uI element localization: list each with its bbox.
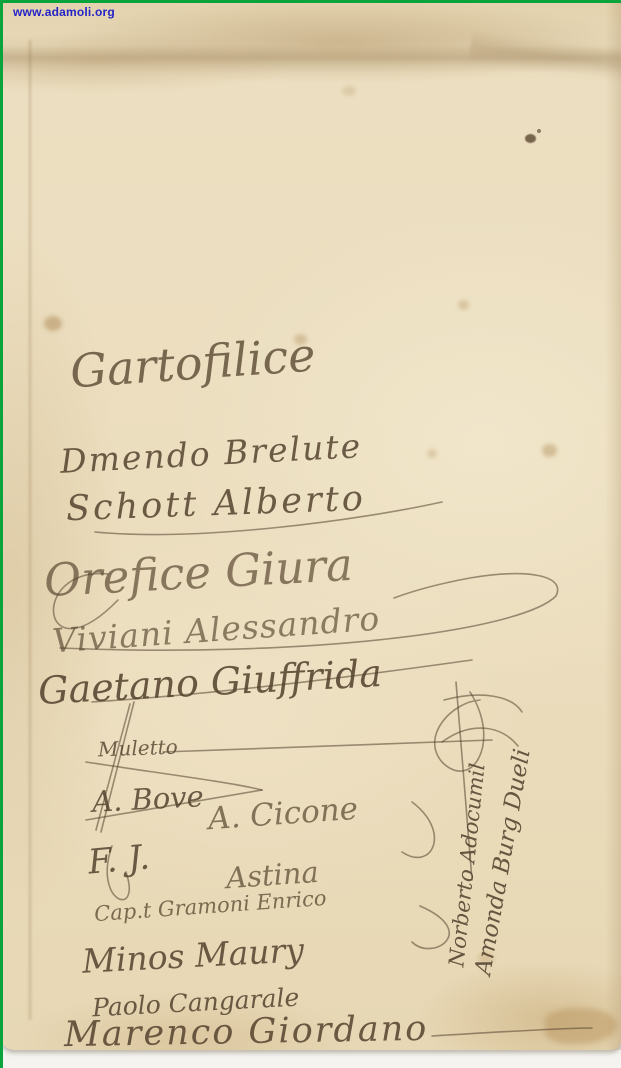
green-border-left xyxy=(0,0,3,1068)
paper-sheet: www.adamoli.org Gartofilice Dmendo Brelu… xyxy=(0,0,621,1050)
green-border-top xyxy=(0,0,621,3)
signature-handwriting: Dmendo Brelute xyxy=(59,426,363,481)
signature-handwriting: Viviani Alessandro xyxy=(51,599,381,661)
stain-spot xyxy=(542,444,557,457)
signature-handwriting: Minos Maury xyxy=(81,930,305,981)
signature-handwriting: Cap.t Gramoni Enrico xyxy=(93,886,327,926)
stain-spot xyxy=(458,300,469,310)
paper-crease-left xyxy=(28,40,32,1020)
paper-wrinkle xyxy=(469,30,621,84)
signature-handwriting: F. J. xyxy=(86,837,151,882)
scanned-signature-page: www.adamoli.org Gartofilice Dmendo Brelu… xyxy=(0,0,621,1068)
signature-handwriting: A. Bove xyxy=(91,779,204,819)
stain-spot xyxy=(44,316,62,331)
signature-handwriting: Gaetano Giuffrida xyxy=(37,651,383,713)
paper-edge-shading xyxy=(605,0,621,1050)
signature-handwriting: Marenco Giordano xyxy=(64,1009,429,1055)
stain-spot xyxy=(537,129,541,133)
stain-spot xyxy=(427,449,437,458)
signature-handwriting: A. Cicone xyxy=(207,791,359,837)
signature-handwriting: Muletto xyxy=(98,735,179,762)
stain-spot xyxy=(342,86,356,96)
signature-handwriting: Schott Alberto xyxy=(65,479,366,529)
watermark-url: www.adamoli.org xyxy=(13,5,115,19)
signature-handwriting: Gartofilice xyxy=(68,328,317,399)
stain-spot xyxy=(525,134,536,143)
signature-handwriting: Orefice Giura xyxy=(43,538,354,607)
